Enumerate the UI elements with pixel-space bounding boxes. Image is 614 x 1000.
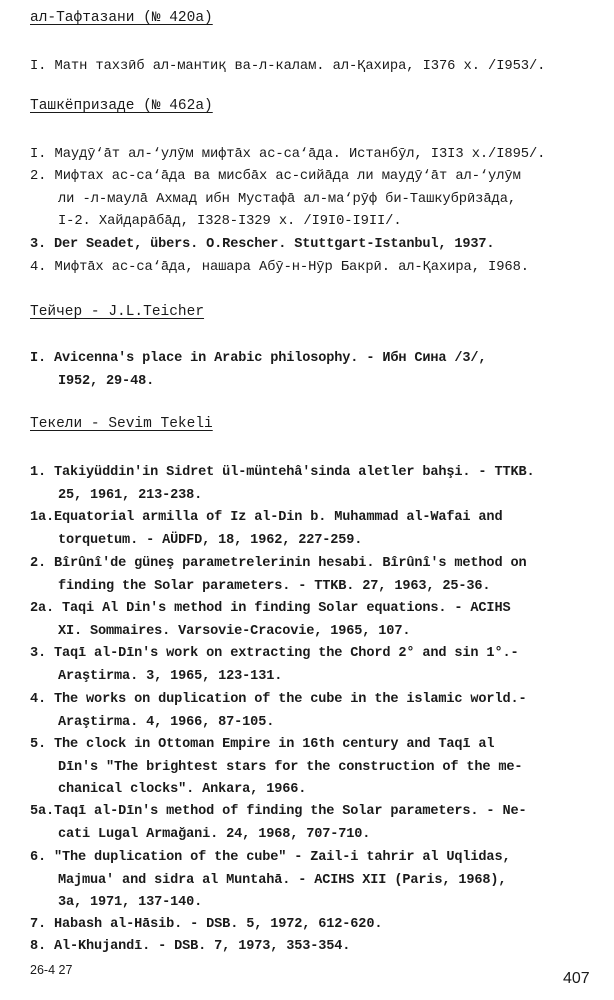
entry-line: 2. Мифтах ас-са‘āда ва мисбāх ас-сийāда … xyxy=(30,166,610,189)
bibliography-entry: 2. Bîrûnî'de güneş parametrelerinin hesa… xyxy=(30,553,610,598)
author-heading-teicher: Тейчер - J.L.Teicher xyxy=(30,304,204,320)
entry-line: 3a, 1971, 137-140. xyxy=(30,892,610,915)
bibliography-entry: I. Маудӯ‘āт ал-‘улӯм мифтāх ас-са‘āда. И… xyxy=(30,144,610,167)
entry-line: 3. Taqī al-Dīn's work on extracting the … xyxy=(30,643,610,666)
entry-line: 5a.Taqī al-Dīn's method of finding the S… xyxy=(30,801,610,824)
author-heading-tashkopruzade: Ташкёпризаде (№ 462а) xyxy=(30,98,213,114)
entry-line: finding the Solar parameters. - TTKB. 27… xyxy=(30,576,610,599)
bibliography-entry: 5a.Taqī al-Dīn's method of finding the S… xyxy=(30,801,610,846)
entry-line: 6. "The duplication of the cube" - Zail-… xyxy=(30,847,610,870)
author-heading-taftazani: ал-Тафтазани (№ 420а) xyxy=(30,10,213,26)
bibliography-entry: 2. Мифтах ас-са‘āда ва мисбāх ас-сийāда … xyxy=(30,166,610,234)
entry-line: 7. Habash al-Hāsib. - DSB. 5, 1972, 612-… xyxy=(30,914,610,937)
entry-line: I-2. Хайдарāбāд, I328-I329 х. /I9I0-I9II… xyxy=(30,211,610,234)
bibliography-entry: 3. Der Seadet, übers. O.Rescher. Stuttga… xyxy=(30,234,610,257)
entry-line: 3. Der Seadet, übers. O.Rescher. Stuttga… xyxy=(30,234,610,257)
entry-line: 2a. Taqi Al Din's method in finding Sola… xyxy=(30,598,610,621)
entry-line: 1a.Equatorial armilla of Iz al-Din b. Mu… xyxy=(30,507,610,530)
entry-line: I952, 29-48. xyxy=(30,371,610,394)
bibliography-entry: 3. Taqī al-Dīn's work on extracting the … xyxy=(30,643,610,688)
entry-line: cati Lugal Armağani. 24, 1968, 707-710. xyxy=(30,824,610,847)
bibliography-entry: 4. The works on duplication of the cube … xyxy=(30,689,610,734)
bibliography-entry: 1a.Equatorial armilla of Iz al-Din b. Mu… xyxy=(30,507,610,552)
entry-line: 25, 1961, 213-238. xyxy=(30,485,610,508)
entry-line: 2. Bîrûnî'de güneş parametrelerinin hesa… xyxy=(30,553,610,576)
entry-line: 5. The clock in Ottoman Empire in 16th c… xyxy=(30,734,610,757)
bibliography-entry: 2a. Taqi Al Din's method in finding Sola… xyxy=(30,598,610,643)
bibliography-entry: 8. Al-Khujandī. - DSB. 7, 1973, 353-354. xyxy=(30,936,610,959)
entry-line: XI. Sommaires. Varsovie-Cracovie, 1965, … xyxy=(30,621,610,644)
entry-line: ли -л-маулā Ахмад ибн Мустафā ал-ма‘рӯф … xyxy=(30,189,610,212)
bibliography-entry: 5. The clock in Ottoman Empire in 16th c… xyxy=(30,734,610,802)
entry-line: 1. Takiyüddin'in Sidret ül-müntehâ'sinda… xyxy=(30,462,610,485)
entry-line: 4. Мифтāх ас-са‘āда, нашара Абӯ-н-Нӯр Ба… xyxy=(30,257,610,280)
entry-line: Araştirma. 3, 1965, 123-131. xyxy=(30,666,610,689)
entry-line: Dīn's "The brightest stars for the const… xyxy=(30,757,610,780)
bibliography-entry: 7. Habash al-Hāsib. - DSB. 5, 1972, 612-… xyxy=(30,914,610,937)
bibliography-entry: 4. Мифтāх ас-са‘āда, нашара Абӯ-н-Нӯр Ба… xyxy=(30,257,610,280)
entry-line: I. Avicenna's place in Arabic philosophy… xyxy=(30,348,610,371)
bibliography-entry: 1. Takiyüddin'in Sidret ül-müntehâ'sinda… xyxy=(30,462,610,507)
document-page: ал-Тафтазани (№ 420а) I. Матн тахзӣб ал-… xyxy=(0,0,614,1000)
entry-line: torquetum. - AÜDFD, 18, 1962, 227-259. xyxy=(30,530,610,553)
entry-line: 8. Al-Khujandī. - DSB. 7, 1973, 353-354. xyxy=(30,936,610,959)
entry-line: I. Матн тахзӣб ал-мантиқ ва-л-калам. ал-… xyxy=(30,56,610,79)
page-number: 407 xyxy=(563,970,590,988)
print-signature: 26-4 27 xyxy=(30,963,72,977)
author-heading-tekeli: Текели - Sevim Tekeli xyxy=(30,416,213,432)
entry-line: Araştirma. 4, 1966, 87-105. xyxy=(30,712,610,735)
entry-line: chanical clocks". Ankara, 1966. xyxy=(30,779,610,802)
bibliography-entry: I. Avicenna's place in Arabic philosophy… xyxy=(30,348,610,393)
entry-line: I. Маудӯ‘āт ал-‘улӯм мифтāх ас-са‘āда. И… xyxy=(30,144,610,167)
entry-line: 4. The works on duplication of the cube … xyxy=(30,689,610,712)
bibliography-entry: I. Матн тахзӣб ал-мантиқ ва-л-калам. ал-… xyxy=(30,56,610,79)
bibliography-entry: 6. "The duplication of the cube" - Zail-… xyxy=(30,847,610,915)
entry-line: Majmua' and sidra al Muntahā. - ACIHS XI… xyxy=(30,870,610,893)
